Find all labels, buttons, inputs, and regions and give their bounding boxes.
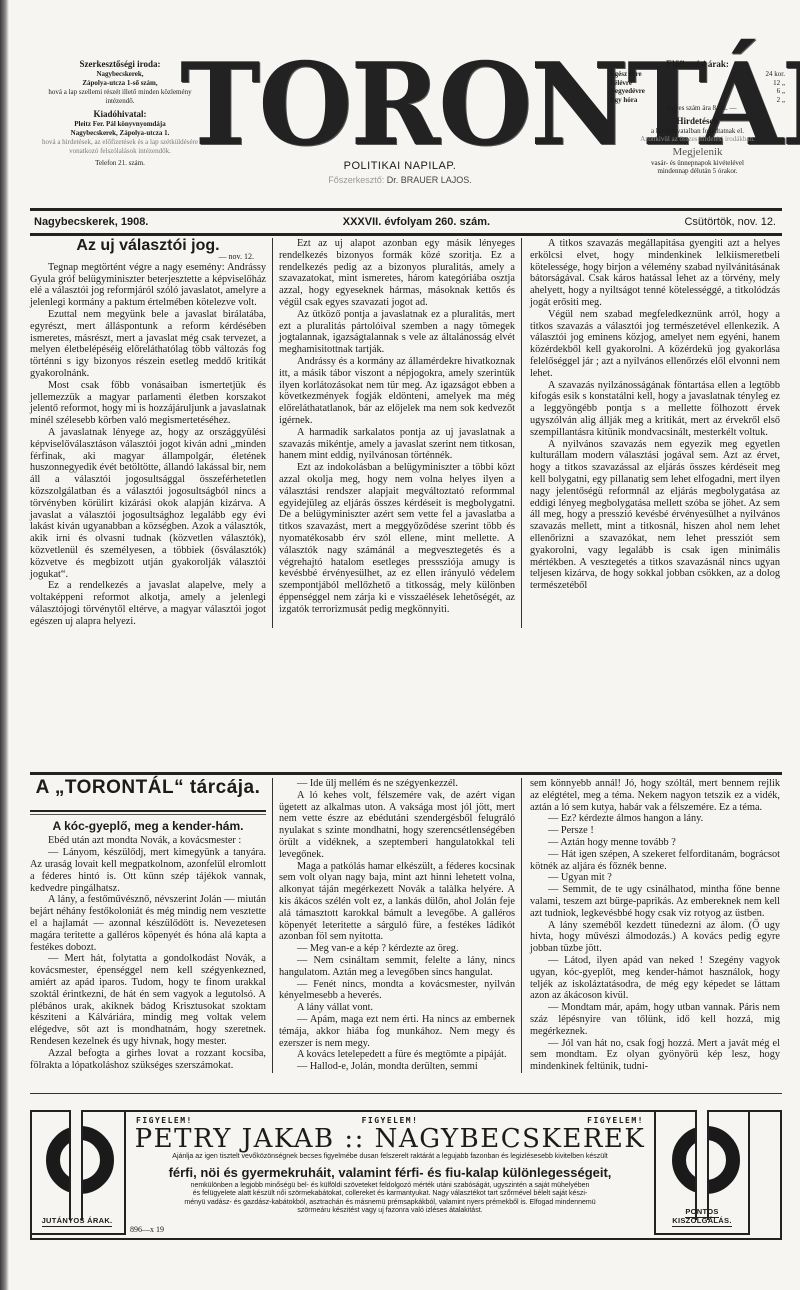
paragraph: Tegnap megtörtént végre a nagy esemény: … [30,262,266,309]
paragraph: A harmadik sarkalatos pontja az uj javas… [279,427,515,462]
feuilleton-column-3: sem könnyebb annál! Jó, hogy szóltál, me… [522,778,780,1073]
ads-line2: Azonkívül az összes hirdetési irodákban. [610,135,785,144]
lead-article: Az uj választói jog. — nov. 12. Tegnap m… [30,238,782,628]
paragraph: A szavazás nyilzánosságának föntartása e… [530,380,780,439]
divider [30,208,782,211]
section-divider [30,772,782,775]
paragraph: — Hallod-e, Jolán, mondta derülten, semm… [279,1061,515,1073]
office-heading: Szerkesztőségi iroda: [40,58,200,70]
price-value: 12 „ [773,79,785,88]
paragraph: — Ugyan mit ? [530,872,780,884]
paragraph: — Meg van-e a kép ? kérdezte az öreg. [279,943,515,955]
ad-body-line: nemkülönben a legjobb minőségü bel- és k… [130,1182,650,1191]
ad-tag-left: JUTÁNYOS ÁRAK. [30,1216,124,1225]
publisher-heading: Kiadóhivatal: [40,108,200,120]
paragraph: — Aztán hogy menne tovább ? [530,837,780,849]
paragraph: sem könnyebb annál! Jó, hogy szóltál, me… [530,778,780,813]
office-note: hová a lap szellemi részét illető minden… [40,88,200,106]
paragraph: Az ütköző pontja a javaslatnak ez a plur… [279,309,515,356]
ad-code: 896—x 19 [130,1225,164,1234]
dateline: Nagybecskerek, 1908. XXXVII. évfolyam 26… [30,212,782,232]
feuilleton-section-title: A „TORONTÁL“ tárcája. [30,782,266,794]
paragraph: Ez a rendelkezés a javaslat alapelve, me… [30,580,266,627]
publisher-line2: Nagybecskerek, Zápolya-utcza 1. [40,129,200,138]
paragraph: Ezt az uj alapot azonban egy másik lénye… [279,238,515,309]
appears-line1: vasár- és ünnepnapok kivételével [610,159,785,168]
article-column-1: Az uj választói jog. — nov. 12. Tegnap m… [30,238,272,628]
feuilleton-column-1: A „TORONTÁL“ tárcája. A kóc-gyeplő, meg … [30,778,272,1073]
paragraph: Végül nem szabad megfeledkeznünk arról, … [530,309,780,380]
place-year: Nagybecskerek, 1908. [30,216,148,228]
price-value: 6 „ [777,87,785,96]
ad-logo-left: JUTÁNYOS ÁRAK. [30,1110,126,1235]
paragraph: — Látod, ilyen apád van neked ! Szegény … [530,955,780,1002]
editor-label: Főszerkesztő: [328,175,384,185]
paragraph: A ló kehes volt, félszemére vak, de azér… [279,790,515,861]
price-row: Negyedévre6 „ [610,87,785,96]
divider [30,233,782,236]
article-title: Az uj választói jog. [30,240,266,252]
subscription-heading: Előfizetési árak: [610,58,785,70]
paragraph: — Semmit, de te ugy csinálhatod, mintha … [530,884,780,919]
paragraph: Ezt az indokolásban a belügyminiszter a … [279,462,515,615]
paragraph: A lány, a festőművésznő, névszerint Jolá… [30,894,266,953]
price-value: 2 „ [777,96,785,105]
paragraph: — Lányom, készülődj, mert kimegyünk a ta… [30,847,266,894]
editor-line: Főszerkesztő: Dr. BRAUER LAJOS. [180,175,620,185]
paragraph: A javaslatnak lényege az, hogy az ország… [30,427,266,580]
firm-name: PETRY JAKAB :: NAGYBECSKEREK [130,1125,650,1153]
paragraph: Azzal befogta a girhes lovat a rozzant k… [30,1048,266,1072]
paragraph: A lány vállat vont. [279,1002,515,1014]
publisher-note: hová a hirdetések, az előfizetések és a … [40,138,200,156]
paragraph: — Nem csináltam semmit, felelte a lány, … [279,955,515,979]
petry-jakab-advertisement: JUTÁNYOS ÁRAK. FIGYELEM! FIGYELEM! FIGYE… [30,1110,782,1240]
paragraph: — Hát igen szépen, A szekeret felfordita… [530,849,780,873]
paragraph: — Ez? kérdezte álmos hangon a lány. [530,813,780,825]
price-label: Félévre [610,79,632,88]
page-edge-shadow [0,0,9,1290]
paragraph: — Mert hát, folytatta a gondolkodást Nov… [30,953,266,1047]
publisher-line1: Pleitz Fer. Pál könyvnyomdája [40,120,200,129]
masthead: Szerkesztőségi iroda: Nagybecskerek, Záp… [30,50,782,210]
title-block: TORONTÁL POLITIKAI NAPILAP. Főszerkesztő… [180,50,620,185]
logo-bar [695,1110,709,1220]
office-address: Zápolya-utcza 1-ső szám, [40,79,200,88]
price-value: 24 kor. [766,70,785,79]
paragraph: — Jól van hát no, csak fogj hozzá. Mert … [530,1038,780,1073]
paragraph: A lány szeméből kezdett tünedezni az álo… [530,920,780,955]
ads-line1: a kiadóhivatalban fogadtatnak el. [610,127,785,136]
ads-heading: Hirdetések [610,115,785,127]
paragraph: A titkos szavazás megállapitása gyengiti… [530,238,780,309]
divider [30,1093,782,1094]
price-row: Félévre12 „ [610,79,785,88]
paragraph: — Ide ülj mellém és ne szégyenkezzél. [279,778,515,790]
divider [30,814,266,815]
price-row: Egész évre24 kor. [610,70,785,79]
feuilleton: A „TORONTÁL“ tárcája. A kóc-gyeplő, meg … [30,778,782,1073]
story-title: A kóc-gyeplő, meg a kender-hám. [30,821,266,833]
article-column-2: Ezt az uj alapot azonban egy másik lénye… [272,238,522,628]
appears-heading: Megjelenik [610,146,785,159]
feuilleton-column-2: — Ide ülj mellém és ne szégyenkezzél. A … [272,778,522,1073]
ad-headline: férfi, nöi és gyermekruháit, valamint fé… [130,1165,650,1180]
ad-logo-right: PONTOS KISZOLGÁLÁS. [654,1110,750,1235]
day-date: Csütörtök, nov. 12. [684,216,782,228]
price-label: Egy hóra [610,96,637,105]
editorial-office-box: Szerkesztőségi iroda: Nagybecskerek, Záp… [40,58,200,168]
office-city: Nagybecskerek, [40,70,200,79]
paragraph: Most csak főbb vonásaiban ismertetjük és… [30,380,266,427]
price-row: Egy hóra2 „ [610,96,785,105]
paragraph: — Mondtam már, apám, hogy utban vannak. … [530,1002,780,1037]
appears-line2: mindennap délután 5 órakor. [610,167,785,176]
paragraph: A kovács letelepedett a füre és megtömte… [279,1049,515,1061]
subscription-box: Előfizetési árak: Egész évre24 kor. Félé… [610,58,785,176]
tag-text: PONTOS KISZOLGÁLÁS. [672,1207,731,1227]
paragraph: — Persze ! [530,825,780,837]
ad-intro: Ajánlja az igen tisztelt vevőközönségnek… [130,1153,650,1162]
ad-body: FIGYELEM! FIGYELEM! FIGYELEM! PETRY JAKA… [130,1112,650,1216]
price-label: Egész évre [610,70,642,79]
ad-body-line: ményü vadász- és gazdász-kabátokból, asz… [130,1199,650,1208]
paragraph: — Fenét nincs, mondta a kovácsmester, ny… [279,979,515,1003]
volume-issue: XXXVII. évfolyam 260. szám. [343,216,490,228]
paragraph: A nyilvános szavazás nem egyezik meg egy… [530,439,780,592]
tag-text: JUTÁNYOS ÁRAK. [42,1216,113,1227]
divider [30,810,266,812]
paragraph: Maga a patkólás hamar elkészült, a féder… [279,861,515,944]
editor-name: Dr. BRAUER LAJOS. [387,175,472,185]
office-phone: Telefon 21. szám. [40,159,200,168]
ad-tag-right: PONTOS KISZOLGÁLÁS. [656,1207,748,1225]
paragraph: Ezuttal nem megyünk bele a javaslat birá… [30,309,266,380]
price-label: Negyedévre [610,87,645,96]
paragraph: Andrássy és a kormány az államérdekre hi… [279,356,515,427]
paragraph: Ebéd után azt mondta Novák, a kovácsmest… [30,835,266,847]
logo-bar [69,1110,83,1220]
paragraph: — Apám, maga ezt nem érti. Ha nincs az e… [279,1014,515,1049]
ad-body-line: szörmeáru készitést vagy uj fazonra való… [130,1207,650,1216]
ad-body-line: és felügyelete alatt készült női szörmek… [130,1190,650,1199]
article-column-3: A titkos szavazás megállapitása gyengiti… [522,238,780,628]
single-copy-price: — Egyes szám ára 8 fill. — [610,104,785,113]
